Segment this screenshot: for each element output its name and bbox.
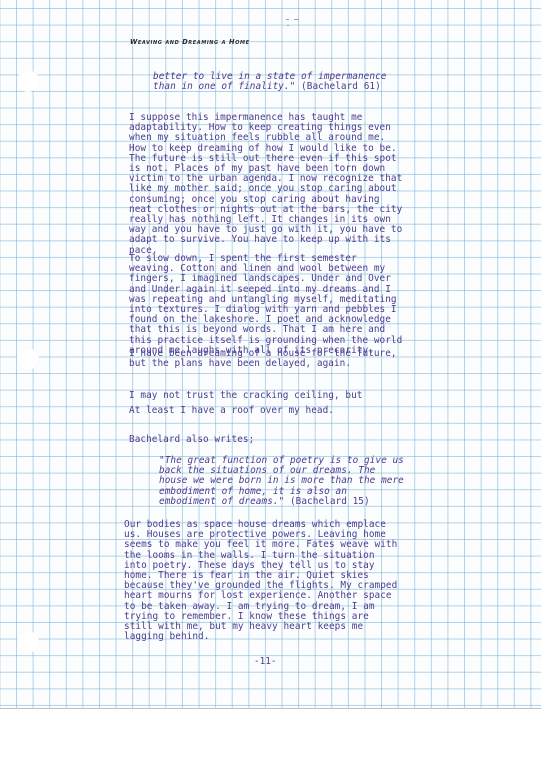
couplet-line-2: At least I have a roof over my head. [129,406,334,416]
paper-speck [294,19,299,20]
paper-speck [287,25,289,26]
opening-quote: better to live in a state of impermanenc… [153,72,386,92]
quote-line: embodiment of dreams." [159,496,284,507]
couplet-line-1: I may not trust the cracking ceiling, bu… [129,391,362,401]
paragraph-weaving: To slow down, I spent the first semester… [129,254,402,356]
quote-citation: (Bachelard 61) [295,81,380,92]
running-header: Weaving and Dreaming a Home [130,38,250,46]
block-quote: "The great function of poetry is to give… [159,456,404,507]
hole-punch-middle [17,348,39,370]
paragraph-bodies-space: Our bodies as space house dreams which e… [124,520,397,642]
text-line: adapt to survive. You have to keep up wi… [129,234,391,245]
hole-punch-bottom [17,631,39,653]
paragraph-impermanence: I suppose this impermanence has taught m… [129,113,402,256]
paragraph-house-future: I have been dreaming of a house for the … [129,349,397,369]
text-line: but the plans have been delayed, again. [129,358,351,369]
quote-line: than in one of finality." [153,81,295,92]
text-line: lagging behind. [124,631,209,642]
bachelard-intro: Bachelard also writes; [129,435,254,445]
page-number: -11- [254,656,277,667]
paper-speck [286,19,289,20]
hole-punch-top [17,70,39,92]
quote-citation: (Bachelard 15) [284,496,369,507]
